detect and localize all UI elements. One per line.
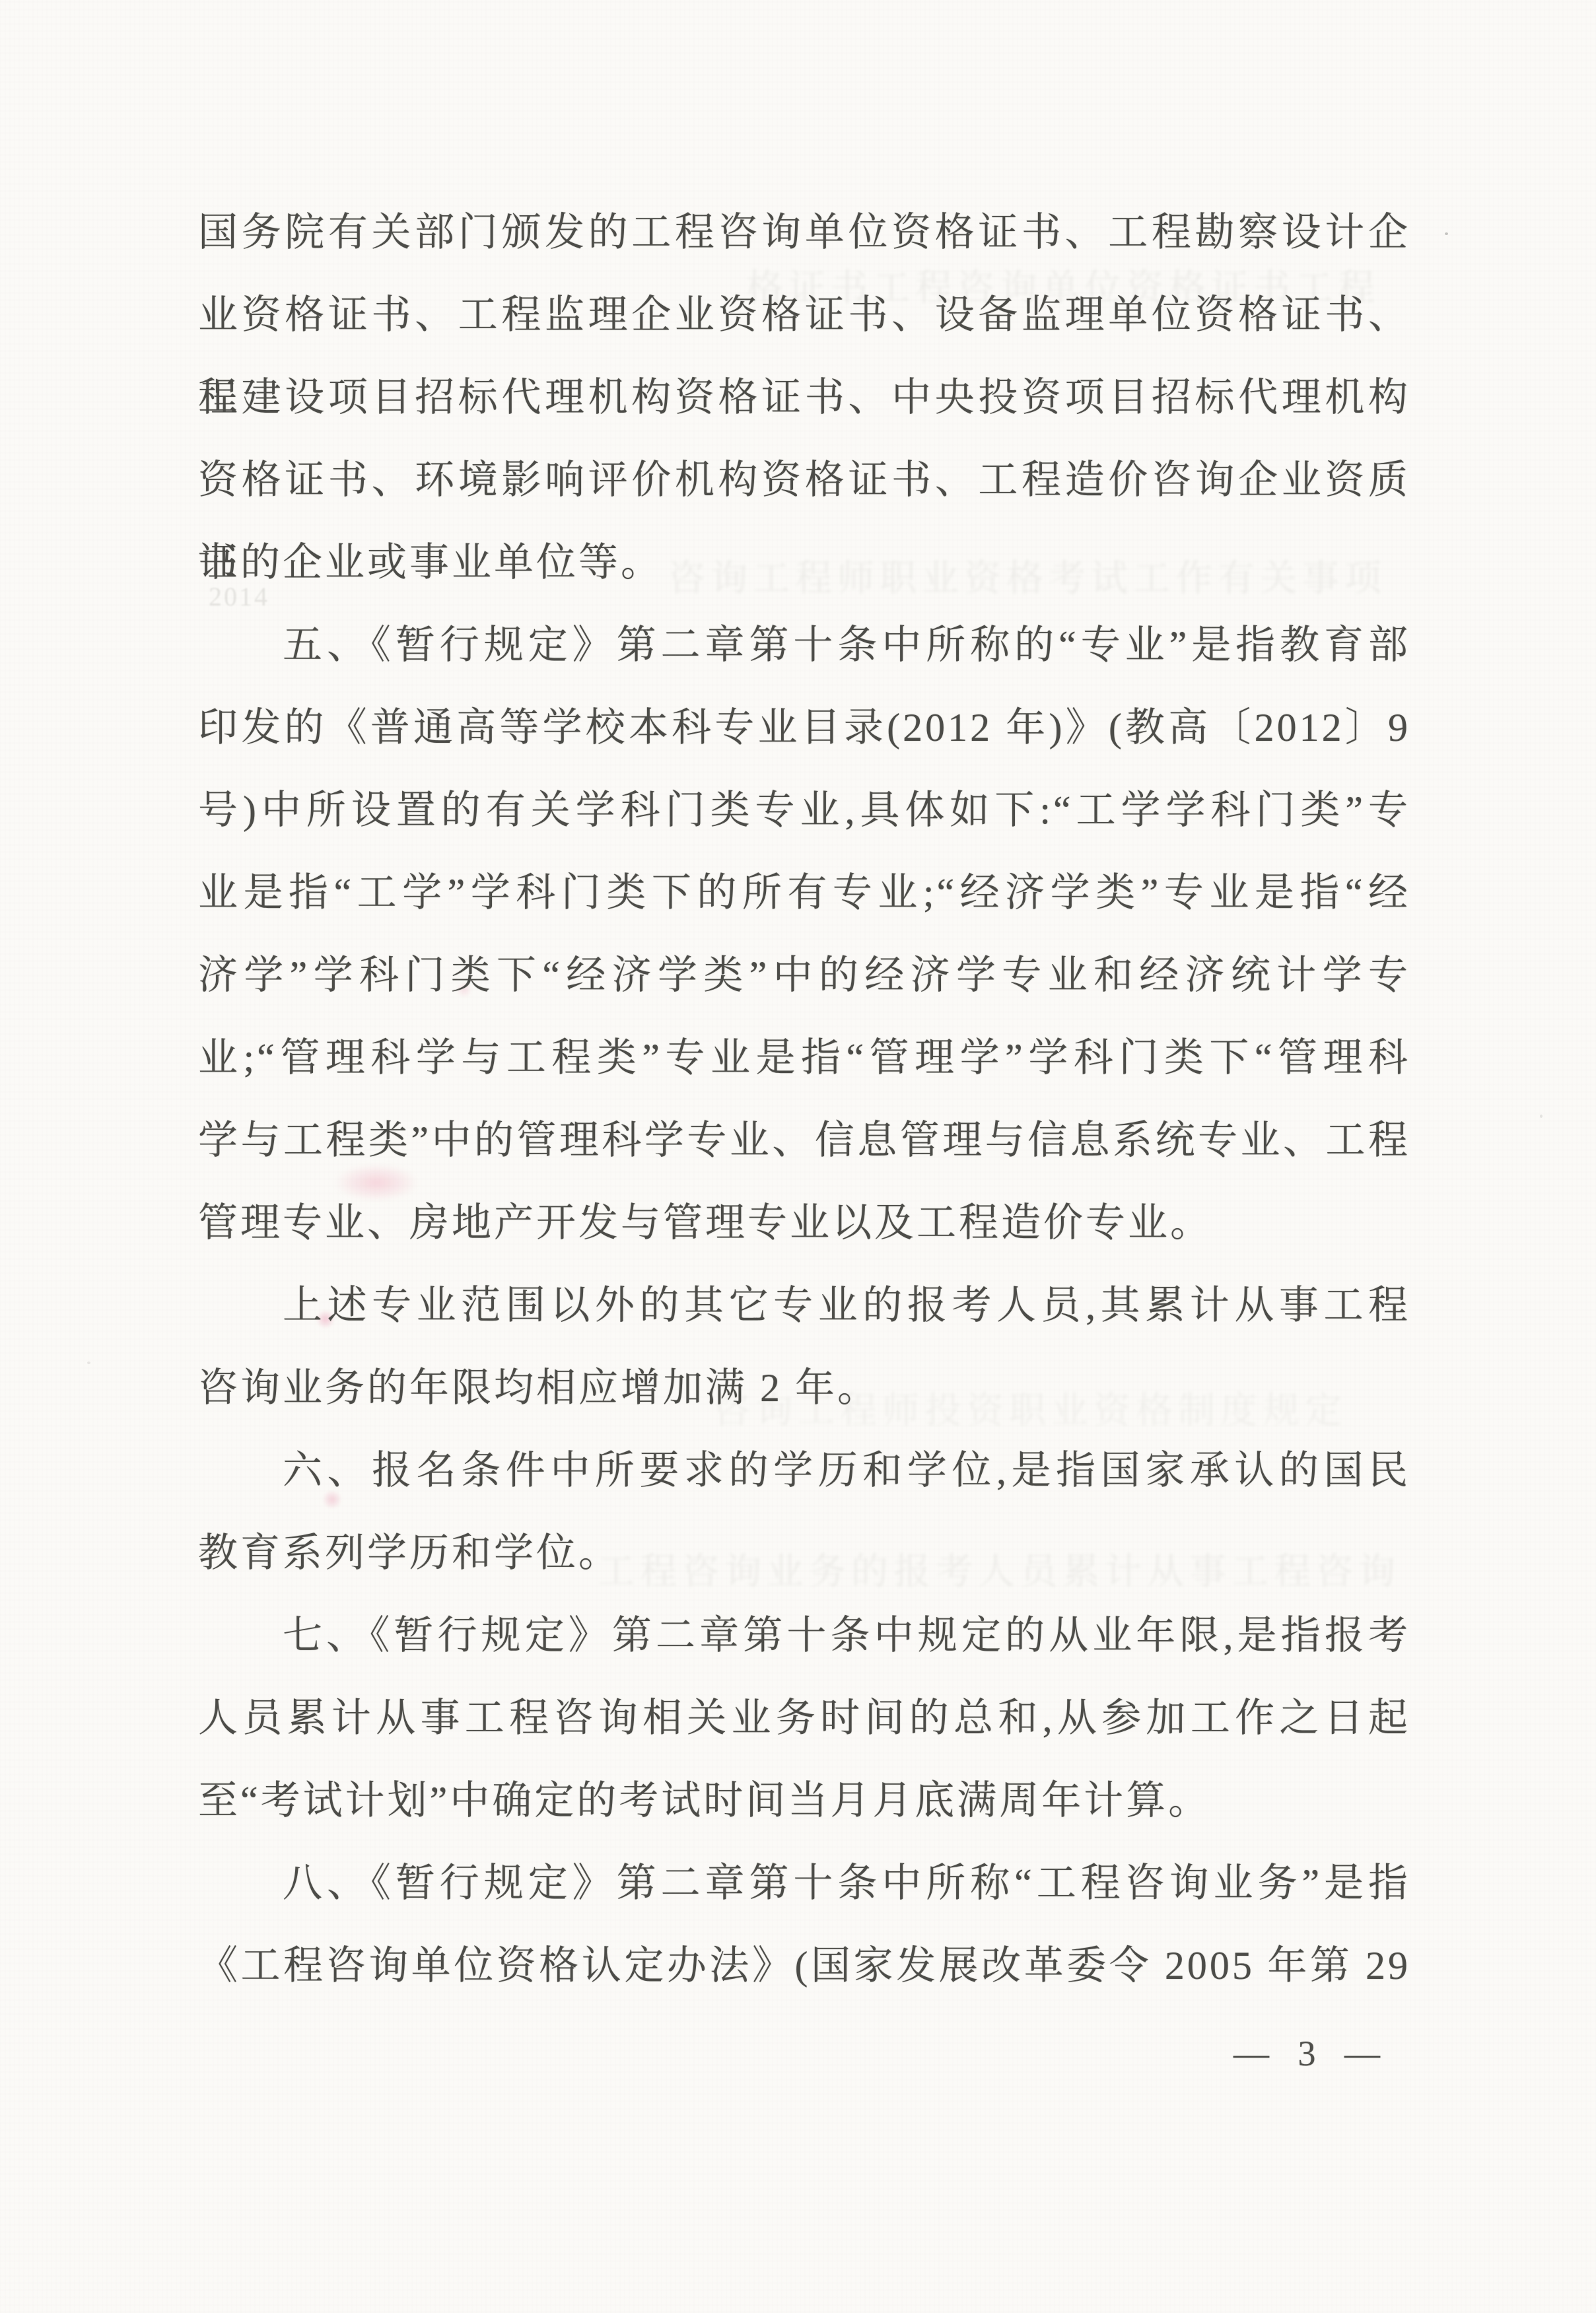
document-line: 上述专业范围以外的其它专业的报考人员,其累计从事工程 xyxy=(198,1264,1410,1347)
document-line: 管理专业、房地产开发与管理专业以及工程造价专业。 xyxy=(198,1182,1410,1264)
document-line: 印发的《普通高等学校本科专业目录(2012 年)》(教高〔2012〕9 xyxy=(198,687,1410,769)
document-line: 六、报名条件中所要求的学历和学位,是指国家承认的国民 xyxy=(198,1430,1410,1512)
document-line: 七、《暂行规定》第二章第十条中规定的从业年限,是指报考 xyxy=(198,1595,1410,1677)
scan-speck xyxy=(1540,1115,1543,1118)
document-line: 《工程咨询单位资格认定办法》(国家发展改革委令 2005 年第 29 xyxy=(198,1925,1410,2007)
document-line: 五、《暂行规定》第二章第十条中所称的“专业”是指教育部 xyxy=(198,604,1410,687)
document-body: 国务院有关部门颁发的工程咨询单位资格证书、工程勘察设计企 业资格证书、工程监理企… xyxy=(198,191,1410,2007)
document-line: 咨询业务的年限均相应增加满 2 年。 xyxy=(198,1347,1410,1430)
document-line: 济学”学科门类下“经济学类”中的经济学专业和经济统计学专 xyxy=(198,934,1410,1017)
document-line: 号)中所设置的有关学科门类专业,具体如下:“工学学科门类”专 xyxy=(198,769,1410,852)
page-number: — 3 — xyxy=(1233,2034,1381,2073)
document-page: 格证书工程咨询单位资格证书工程 咨询工程师职业资格考试工作有关事项 咨询工程师投… xyxy=(0,0,1596,2313)
document-line: 学与工程类”中的管理科学专业、信息管理与信息系统专业、工程 xyxy=(198,1099,1410,1182)
document-line: 程建设项目招标代理机构资格证书、中央投资项目招标代理机构 xyxy=(198,357,1410,439)
document-line: 国务院有关部门颁发的工程咨询单位资格证书、工程勘察设计企 xyxy=(198,191,1410,274)
document-line: 资格证书、环境影响评价机构资格证书、工程造价咨询企业资质证 xyxy=(198,439,1410,522)
document-line: 至“考试计划”中确定的考试时间当月月底满周年计算。 xyxy=(198,1760,1410,1842)
document-line: 业是指“工学”学科门类下的所有专业;“经济学类”专业是指“经 xyxy=(198,852,1410,934)
document-line: 八、《暂行规定》第二章第十条中所称“工程咨询业务”是指 xyxy=(198,1842,1410,1925)
document-line: 书的企业或事业单位等。 xyxy=(198,522,1410,604)
scan-speck xyxy=(87,1362,90,1364)
document-line: 业资格证书、工程监理企业资格证书、设备监理单位资格证书、工 xyxy=(198,274,1410,357)
document-line: 教育系列学历和学位。 xyxy=(198,1512,1410,1595)
document-line: 人员累计从事工程咨询相关业务时间的总和,从参加工作之日起 xyxy=(198,1677,1410,1760)
document-line: 业;“管理科学与工程类”专业是指“管理学”学科门类下“管理科 xyxy=(198,1017,1410,1099)
scan-speck xyxy=(1445,232,1448,235)
